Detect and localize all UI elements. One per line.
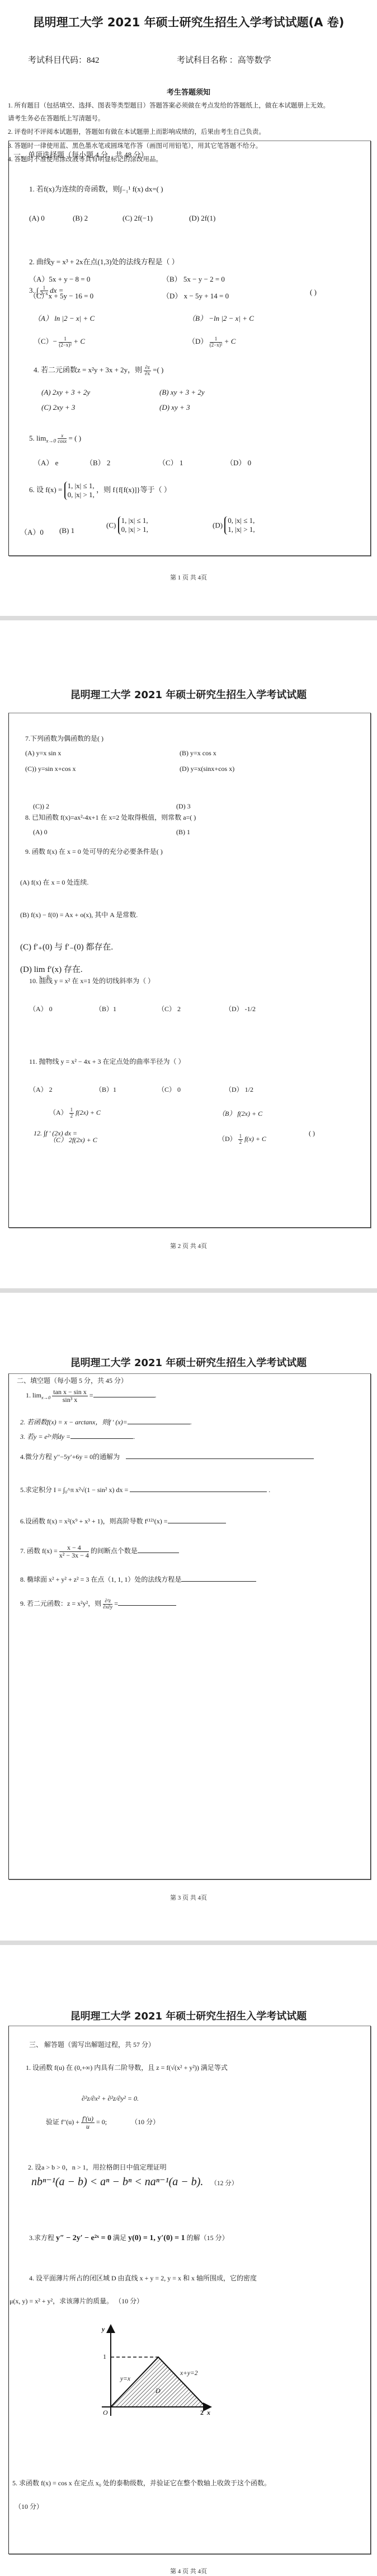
q6-opt-a: （A）0 (20, 526, 44, 537)
q12-opt-a: （A） 12 f(2x) + C (49, 1107, 101, 1119)
q5-opt-b: （B） 2 (86, 457, 110, 467)
fill-q9-blank[interactable] (118, 1598, 176, 1606)
q9-opt-a: (A) f(x) 在 x = 0 处连续. (20, 877, 88, 887)
q6-stem: 6. 设 f(x) = 1, |x| ≤ 1,0, |x| > 1, ，则 f{… (29, 481, 171, 500)
q1-stem: 1. 若f(x)为连续的奇函数，则∫₋₁¹ f(x) dx=( ) (29, 183, 163, 194)
fill-q2-text: 2. 若函数f(x) = x − arctanx，则f ′ (x)= (20, 1418, 128, 1426)
q2-opt-d: （D） x − 5y + 14 = 0 (162, 290, 229, 301)
figure-label-yx: y=x (120, 2376, 130, 2382)
q9-opt-d-text: (D) lim f′(x) 存在. (20, 965, 83, 974)
q11-opt-a: （A） 2 (29, 1084, 53, 1094)
q3-opt-c-den: (2−x)² (59, 343, 72, 348)
q4-suffix: =( ) (153, 366, 163, 374)
figure-region-d: D (155, 2387, 161, 2395)
q10-opt-d: （D） -1/2 (225, 1004, 256, 1013)
solve-q3-eq: y″ − 2y′ − e²ˣ = 0 (56, 2234, 111, 2242)
fill-q2: 2. 若函数f(x) = x − arctanx，则f ′ (x)=. (20, 1417, 192, 1427)
fill-q4-blank[interactable] (126, 1452, 314, 1459)
fill-q9-fraction: ∂²z∂x∂y (103, 1598, 112, 1610)
q5-prefix: 5. lim (29, 434, 46, 442)
q3-fraction: 12−x (40, 286, 48, 297)
solve-q1-num: f′(u) (81, 2115, 95, 2123)
q3-opt-c-frac: 1(2−x)² (59, 336, 72, 348)
fill-q2-blank[interactable] (128, 1417, 190, 1424)
fill-q1-blank[interactable] (93, 1390, 155, 1397)
q8-opt-a: (A) 0 (33, 828, 48, 836)
notice-2: 2. 评卷时不评阅本试题册，答题如有做在本试题册上而影响成绩的，后果由考生自己负… (8, 127, 265, 136)
solve-q1-verify-fraction: f′(u)u (81, 2115, 95, 2130)
q4-stem: 4. 若二元函数z = x²y + 3x + 2y，则 ∂z∂x =( ) (34, 364, 163, 376)
q7-opt-a: (A) y=x sin x (25, 749, 61, 758)
q8-opt-d: (D) 3 (176, 802, 191, 811)
fill-q9-prefix: 9. 若二元函数：z = x²y²，则 (20, 1600, 101, 1607)
q5-fraction: xcosx (58, 433, 67, 445)
q6-opt-c: (C) 1, |x| ≤ 1,0, |x| > 1, (106, 516, 148, 535)
solve-q1-den: u (81, 2123, 95, 2130)
figure-tick-2: 2 (200, 2409, 204, 2417)
solve-q3: 3.求方程 y″ − 2y′ − e²ˣ = 0 满足 y(0) = 1, y′… (29, 2233, 229, 2243)
q5-opt-a: （A） e (34, 457, 58, 467)
q12-opt-a-label: （A） (49, 1109, 68, 1116)
fill-q4: 4.微分方程 y′′−5y′+6y = 0的通解为 (20, 1452, 314, 1461)
q12-opt-b: （B） f(2x) + C (218, 1109, 262, 1118)
solve-q3-suffix: 的解（15 分） (187, 2234, 229, 2242)
fill-q3-text: 3. 若y = e²ˣ则dy = (20, 1433, 70, 1441)
fill-q3-blank[interactable] (70, 1432, 133, 1439)
q3-opt-a: （A） ln |2 − x| + C (34, 312, 95, 323)
q3-opt-d-tail: + C (224, 337, 236, 345)
figure-origin: O (103, 2409, 108, 2417)
q3-den: 2−x (40, 291, 48, 296)
fill-q1-suffix: = (89, 1391, 93, 1399)
section-1-heading: 一、单项选择题（每小题 4 分，共 48 分） (13, 149, 148, 160)
solve-q1-eq: ∂²z/∂x² + ∂²z/∂y² = 0. (82, 2095, 139, 2103)
fill-q9-den: ∂x∂y (103, 1605, 112, 1610)
q12-opt-a-tail: f(2x) + C (76, 1109, 101, 1116)
exam-title: 昆明理工大学 2021 年硕士研究生招生入学考试试题(A 卷) (0, 13, 377, 30)
notice-title: 考生答题须知 (0, 86, 377, 97)
q7-stem: 7.下列函数为偶函数的是( ) (25, 733, 103, 743)
q1-opt-d: (D) 2f(1) (189, 214, 215, 223)
q6-prefix: 6. 设 f(x) = (29, 485, 62, 494)
figure-x-label: x (207, 2409, 210, 2417)
section-3-heading: 三、 解答题（需写出解题过程，共 57 分） (29, 2040, 155, 2049)
notice-1b: 请考生务必在答题纸上写清题号。 (8, 114, 105, 123)
q4-fraction: ∂z∂x (144, 365, 150, 376)
q9-opt-d: (D) lim f′(x) 存在. x→0 (20, 963, 83, 975)
q12-opt-d-tail: f(x) + C (244, 1135, 266, 1143)
fill-q7-fraction: x − 4x² − 3x − 4 (59, 1544, 89, 1559)
q3-opt-d: （D） 1(2−x)² + C (188, 335, 235, 348)
fill-q8-text: 8. 椭球面 x² + y² + z² = 3 在点（1, 1, 1）处的法线方… (20, 1575, 181, 1583)
fill-q7-prefix: 7. 函数 f(x) = (20, 1547, 58, 1555)
page-separator-2 (0, 1288, 377, 1293)
page-1-footer: 第 1 页 共 4页 (0, 573, 377, 582)
q7-opt-d: (D) y=x(sinx+cos x) (180, 765, 234, 773)
fill-q6-text: 6.设函数 f(x) = x²(x⁹ + x³ + 1)，则高阶导数 f⁽¹²⁾… (20, 1517, 168, 1525)
solve-q2-eq-text: nbⁿ⁻¹(a − b) < aⁿ − bⁿ < naⁿ⁻¹(a − b). (31, 2176, 203, 2188)
q5-opt-c: （C） 1 (158, 457, 183, 467)
fill-q5-tail: . (268, 1486, 270, 1494)
q11-opt-c: （C） 0 (158, 1084, 181, 1094)
q4-opt-c: (C) 2xy + 3 (41, 403, 75, 412)
q10-stem: 10. 曲线 y = x² 在 x=1 处的切线斜率为（ ） (29, 976, 154, 985)
q3-stem: 3. ∫ 12−x dx = (29, 286, 63, 297)
q2-opt-b: （B） 5x − y − 2 = 0 (162, 273, 225, 284)
fill-q6-blank[interactable] (168, 1516, 226, 1523)
q7-opt-b: (B) y=x cos x (180, 749, 216, 758)
q8-stem: 8. 已知函数 f(x)=ax²-4x+1 在 x=2 处取得极值，则常数 a=… (25, 812, 196, 822)
q11-stem: 11. 抛物线 y = x² − 4x + 3 在定点处的曲率半径为（ ） (29, 1056, 185, 1066)
q1-opt-c: (C) 2f(−1) (122, 214, 153, 223)
q6-opt-c-case-1: 1, |x| ≤ 1, (121, 516, 148, 525)
q4-den: ∂x (144, 371, 150, 376)
q3-opt-c: （C）− 1(2−x)² + C (34, 335, 85, 348)
q3-prefix: 3. ∫ (29, 286, 39, 294)
section-2-box (8, 1373, 371, 1880)
q6-suffix: ，则 f{f[f(x)]}等于（ ） (96, 485, 171, 494)
q12-paren: ( ) (309, 1129, 315, 1138)
q6-opt-c-label: (C) (106, 521, 116, 529)
q3-opt-c-num: 1 (59, 336, 72, 342)
q12-opt-a-half: 12 (69, 1107, 74, 1119)
page-separator-1 (0, 616, 377, 620)
figure-label-xy2: x+y=2 (180, 2370, 197, 2377)
q6-case-2: 0, |x| > 1, (68, 490, 95, 499)
q2-stem: 2. 曲线y = x³ + 2x在点(1,3)处的法线方程是（ ） (29, 256, 179, 267)
section-3-box (8, 2026, 371, 2554)
q9-stem: 9. 函数 f(x) 在 x = 0 处可导的充分必要条件是( ) (25, 847, 163, 856)
q12-opt-c: （C） 2f(2x) + C (49, 1135, 97, 1144)
fill-q4-text: 4.微分方程 y′′−5y′+6y = 0的通解为 (20, 1453, 120, 1461)
q5-den: cosx (58, 439, 67, 444)
q1-opt-a: (A) 0 (29, 214, 45, 223)
fill-q3: 3. 若y = e²ˣ则dy =. (20, 1432, 135, 1441)
q3-paren: ( ) (310, 288, 317, 297)
q2-opt-a: （A）5x + y − 8 = 0 (29, 273, 90, 284)
q12-opt-a-den: 2 (69, 1114, 74, 1119)
q9-opt-c: (C) f′₊(0) 与 f′₋(0) 都存在. (20, 941, 113, 952)
fill-q1-prefix: 1. lim (26, 1391, 41, 1399)
subject-code: 考试科目代码：842 (28, 54, 100, 66)
figure-tick-1: 1 (103, 2353, 106, 2361)
q6-opt-d: (D) 0, |x| ≤ 1,1, |x| > 1, (213, 516, 255, 535)
fill-q9: 9. 若二元函数：z = x²y²，则 ∂²z∂x∂y = (20, 1598, 176, 1610)
page-3-footer: 第 3 页 共 4页 (0, 1893, 377, 1902)
solve-q3-cond: y(0) = 1, y′(0) = 1 (128, 2234, 185, 2242)
fill-q5: 5.求定积分 I = ∫₀^π x²√(1 − sin² x) dx = . (20, 1485, 270, 1494)
q3-opt-c-tail: + C (73, 337, 85, 345)
fill-q8-blank[interactable] (181, 1574, 256, 1582)
q4-num: ∂z (144, 365, 150, 371)
fill-q7-blank[interactable] (138, 1546, 179, 1553)
q6-opt-d-cases: 0, |x| ≤ 1,1, |x| > 1, (224, 516, 255, 535)
region-d-figure: y 1 y=x x+y=2 D O 2 x (95, 2321, 213, 2427)
solve-q5-points: （10 分） (15, 2502, 43, 2511)
page-4-footer: 第 4 页 共 4页 (0, 2566, 377, 2575)
q1-opt-b: (B) 2 (73, 214, 88, 223)
q3-opt-d-den: (2−x)² (210, 343, 223, 348)
q3-opt-d-num: 1 (210, 336, 223, 342)
fill-q5-text: 5.求定积分 I = ∫₀^π x²√(1 − sin² x) dx = (20, 1486, 128, 1494)
q6-opt-b: (B) 1 (59, 526, 74, 535)
subject-name: 考试科目名称 ：高等数学 (177, 54, 271, 66)
q6-opt-d-case-2: 1, |x| > 1, (228, 525, 255, 534)
q3-suffix: dx = (50, 286, 63, 294)
q10-opt-a: （A） 0 (29, 1004, 53, 1013)
q12-opt-d-den: 2 (238, 1140, 243, 1145)
q6-opt-c-cases: 1, |x| ≤ 1,0, |x| > 1, (118, 516, 148, 535)
q6-opt-d-label: (D) (213, 521, 223, 529)
page-1: 昆明理工大学 2021 年硕士研究生招生入学考试试题(A 卷) 考试科目代码：8… (0, 0, 377, 616)
q11-opt-b: （B）1 (95, 1084, 116, 1094)
q10-opt-c: （C） 2 (158, 1004, 181, 1013)
q4-opt-a: (A) 2xy + 3 + 2y (41, 388, 90, 397)
solve-q1-verify-prefix: 验证 f′′(u) + (46, 2118, 79, 2126)
solve-q4-line1: 4. 设平面薄片所占的闭区域 D 由直线 x + y = 2, y = x 和 … (29, 2273, 257, 2283)
fill-q1-den: sin³ x (52, 1396, 87, 1404)
q6-opt-c-case-2: 0, |x| > 1, (121, 525, 148, 534)
page-2-footer: 第 2 页 共 4页 (0, 1241, 377, 1250)
q4-prefix: 4. 若二元函数z = x²y + 3x + 2y，则 (34, 366, 142, 374)
page-2-title: 昆明理工大学 2021 年硕士研究生招生入学考试试题 (0, 687, 377, 702)
solve-q1-verify: 验证 f′′(u) + f′(u)u = 0; （10 分） (46, 2115, 159, 2130)
q12-opt-d-half: 12 (238, 1134, 243, 1145)
fill-q7-suffix: 的间断点个数是 (91, 1547, 138, 1555)
q4-opt-b: (B) xy + 3 + 2y (159, 388, 205, 397)
fill-q9-suffix: = (114, 1600, 118, 1607)
q6-cases: 1, |x| ≤ 1,0, |x| > 1, (64, 481, 95, 500)
fill-q1-sub: x→0 (41, 1395, 50, 1400)
q6-opt-d-case-1: 0, |x| ≤ 1, (228, 516, 255, 525)
q12-opt-d-label: （D） (218, 1135, 237, 1143)
solve-q4-line2: μ(x, y) = x² + y²，求该薄片的质量。 （10 分） (10, 2296, 143, 2306)
fill-q1-fraction: tan x − sin xsin³ x (52, 1388, 87, 1403)
fill-q8: 8. 椭球面 x² + y² + z² = 3 在点（1, 1, 1）处的法线方… (20, 1574, 256, 1584)
solve-q1-verify-suffix: = 0; (96, 2118, 107, 2126)
page-3-title: 昆明理工大学 2021 年硕士研究生招生入学考试试题 (0, 1355, 377, 1369)
q3-opt-b: （B） −ln |2 − x| + C (188, 312, 254, 323)
solve-q1-line: 1. 设函数 f(u) 在 (0,+∞) 内具有二阶导数，且 z = f(√(x… (26, 2063, 228, 2072)
solve-q1-points: （10 分） (131, 2118, 159, 2126)
notice-1: 1. 所有题目（包括填空、选择、图表等类型题目）答题答案必须做在考点发给的答题纸… (8, 101, 329, 110)
page-separator-3 (0, 1941, 377, 1945)
fill-q3-tail: . (133, 1433, 135, 1441)
solve-q3-prefix: 3.求方程 (29, 2234, 54, 2242)
solve-q2-line: 2. 设a > b > 0，n > 1，用拉格朗日中值定理证明 (28, 2162, 167, 2172)
q11-opt-d: （D） 1/2 (225, 1084, 253, 1094)
q5-sub: x→0 (46, 438, 56, 444)
fill-q7-num: x − 4 (59, 1544, 89, 1552)
q3-opt-d-frac: 1(2−x)² (210, 336, 223, 348)
q9-opt-b: (B) f(x) − f(0) = Ax + o(x), 其中 A 是常数. (20, 910, 138, 919)
fill-q1-tail: . (155, 1391, 157, 1399)
q8-opt-b: (B) 1 (176, 828, 190, 836)
q3-opt-c-label: （C）− (34, 337, 57, 345)
fill-q7: 7. 函数 f(x) = x − 4x² − 3x − 4 的间断点个数是 (20, 1544, 179, 1559)
q5-opt-d: （D） 0 (226, 457, 251, 467)
q7-opt-c: (C)) y=sin x+cos x (25, 765, 76, 773)
q4-opt-d: (D) xy + 3 (159, 403, 190, 412)
solve-q3-mid: 满足 (113, 2234, 126, 2242)
q12-opt-d: （D） 12 f(x) + C (218, 1134, 266, 1145)
q5-suffix: = ( ) (69, 434, 82, 442)
solve-q2-points: （12 分） (210, 2180, 238, 2187)
page-4-title: 昆明理工大学 2021 年硕士研究生招生入学考试试题 (0, 2008, 377, 2023)
q3-opt-d-label: （D） (188, 337, 208, 345)
q8-opt-c: (C)) 2 (33, 802, 49, 811)
fill-q1: 1. limx→0 tan x − sin xsin³ x =. (26, 1388, 157, 1403)
fill-q7-den: x² − 3x − 4 (59, 1552, 89, 1559)
solve-q2-eq: nbⁿ⁻¹(a − b) < aⁿ − bⁿ < naⁿ⁻¹(a − b). （… (31, 2175, 238, 2189)
figure-y-label: y (102, 2325, 105, 2334)
q6-case-1: 1, |x| ≤ 1, (68, 481, 95, 490)
q10-opt-b: （B）1 (95, 1004, 116, 1013)
section-2-heading: 二、填空题（每小题 5 分，共 45 分） (17, 1376, 128, 1385)
fill-q2-tail: . (190, 1418, 192, 1426)
q5-stem: 5. limx→0 xcosx = ( ) (29, 433, 81, 445)
solve-q5-line: 5. 求函数 f(x) = cos x 在定点 x₀ 处的泰勒级数，并验证它在整… (12, 2478, 271, 2488)
fill-q5-blank[interactable] (130, 1485, 267, 1492)
fill-q1-num: tan x − sin x (52, 1388, 87, 1396)
fill-q6: 6.设函数 f(x) = x²(x⁹ + x³ + 1)，则高阶导数 f⁽¹²⁾… (20, 1516, 226, 1526)
